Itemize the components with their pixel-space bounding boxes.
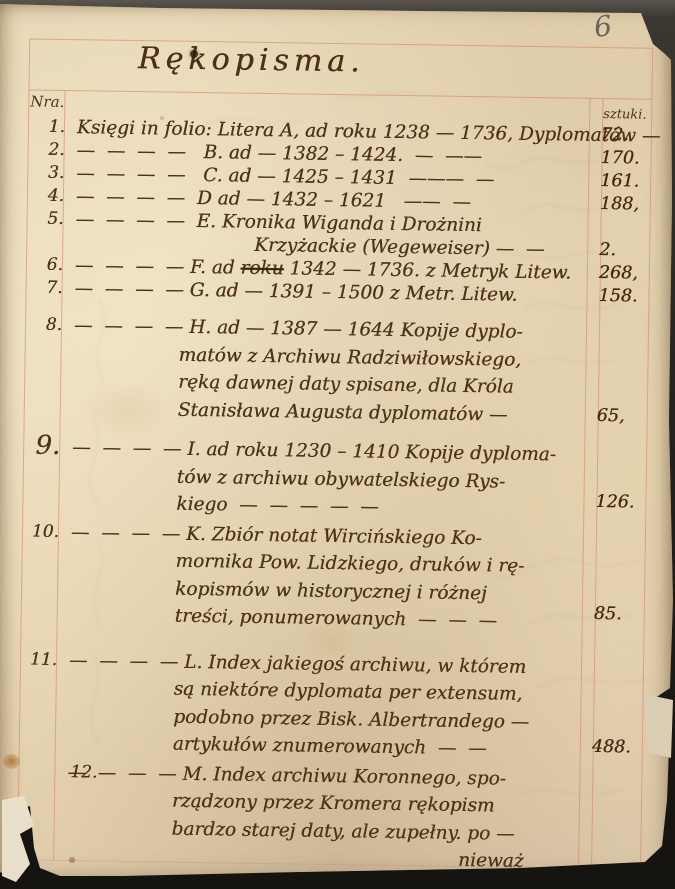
row-number: 7. bbox=[25, 276, 66, 300]
column-header-sztuki: sztuki. bbox=[603, 107, 647, 123]
stain-spot bbox=[3, 754, 20, 769]
row-number: 4. bbox=[27, 184, 68, 208]
piece-count: 72. bbox=[597, 124, 651, 148]
piece-count: 488. bbox=[588, 734, 642, 762]
piece-count: 158. bbox=[594, 285, 648, 309]
foxing-patch bbox=[300, 620, 360, 660]
row-number: 3. bbox=[27, 161, 68, 185]
row-number: 11. bbox=[20, 646, 61, 674]
piece-count: 85. bbox=[590, 601, 644, 629]
foxing-patch-2 bbox=[80, 380, 170, 440]
stain-dot bbox=[69, 857, 75, 863]
row-number: 10. bbox=[22, 518, 63, 546]
piece-count: 161. bbox=[596, 170, 650, 194]
piece-count: 170. bbox=[596, 147, 650, 171]
pencil-page-number: 6 bbox=[592, 9, 614, 44]
rule-title-bottom bbox=[29, 89, 653, 100]
page-title: Rękopisma. bbox=[138, 41, 365, 79]
struck-word: roku bbox=[240, 258, 283, 280]
entry-text: — — — — K. Zbiór notat Wircińskiego Ko-m… bbox=[62, 519, 592, 637]
table-row: 11.— — — — L. Index jakiegoś archiwu, w … bbox=[19, 646, 644, 765]
row-number: 12. bbox=[60, 759, 101, 787]
column-header-nra: Nra. bbox=[30, 92, 64, 111]
piece-count bbox=[588, 766, 642, 767]
rows: 1.Księgi in folio: Litera A, ad roku 123… bbox=[17, 115, 651, 877]
row-number: 6. bbox=[26, 253, 67, 277]
piece-count: 65, bbox=[593, 402, 647, 430]
row-number: 8. bbox=[25, 311, 66, 339]
row-number: 9. bbox=[23, 430, 64, 461]
scanned-manuscript-page: { "page": { "page_number": "6", "title":… bbox=[0, 0, 675, 889]
row-number: 1. bbox=[28, 115, 69, 139]
ruled-table: Rękopisma. Nra. sztuki. 1.Księgi in foli… bbox=[0, 0, 675, 889]
table-row: 9.— — — — I. ad roku 1230 – 1410 Kopije … bbox=[22, 433, 646, 525]
entry-text: — — — — E. Kronika Wiganda i DrożniniKrz… bbox=[67, 208, 596, 262]
piece-count: 268, bbox=[595, 262, 649, 286]
ink-blot bbox=[190, 50, 198, 58]
table-row: 12.— — — — M. Index archiwu Koronnego, s… bbox=[17, 758, 642, 877]
paper-sheet: Rękopisma. Nra. sztuki. 1.Księgi in foli… bbox=[0, 0, 675, 889]
entry-text: — — — — M. Index archiwu Koronnego, spo-… bbox=[58, 758, 588, 876]
row-number: 2. bbox=[27, 138, 68, 162]
row-number: 5. bbox=[26, 207, 67, 231]
piece-count: 2. bbox=[595, 239, 649, 263]
entry-text: — — — — L. Index jakiegoś archiwu, w któ… bbox=[60, 647, 590, 765]
stain-dot-small bbox=[160, 116, 164, 120]
piece-count: 126. bbox=[591, 489, 645, 517]
piece-count: 188, bbox=[596, 193, 650, 217]
entry-text: — — — — I. ad roku 1230 – 1410 Kopije dy… bbox=[63, 434, 592, 524]
